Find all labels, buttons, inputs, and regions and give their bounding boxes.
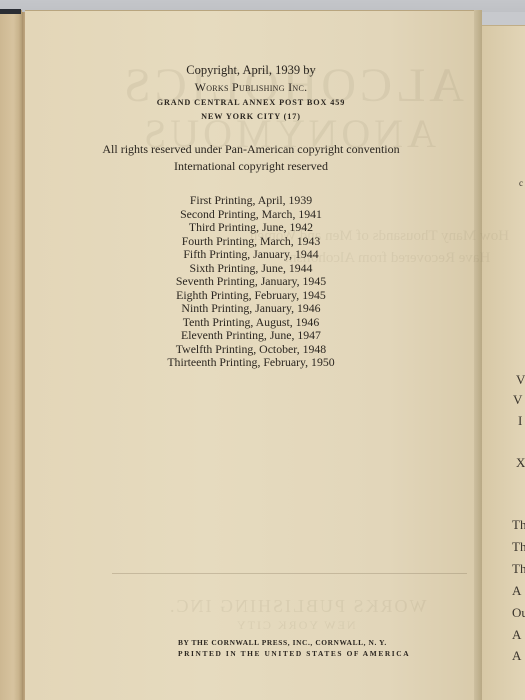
- rights-block: All rights reserved under Pan-American c…: [25, 143, 477, 172]
- show-through-city: NEW YORK CITY: [235, 618, 356, 633]
- facing-page-fragment: A: [512, 648, 521, 664]
- publisher-address: GRAND CENTRAL ANNEX POST BOX 459: [25, 99, 477, 107]
- printer-line-1: BY THE CORNWALL PRESS, INC., CORNWALL, N…: [178, 639, 410, 646]
- show-through-rule: [112, 573, 467, 574]
- facing-page-fragment: V: [513, 392, 522, 408]
- rights-line-1: All rights reserved under Pan-American c…: [25, 143, 477, 155]
- facing-page-fragment: c: [519, 178, 523, 188]
- printer-block: BY THE CORNWALL PRESS, INC., CORNWALL, N…: [178, 639, 410, 658]
- facing-page-fragment: V: [516, 372, 525, 388]
- facing-page-fragment: A: [512, 583, 521, 599]
- facing-page-fragment: A: [512, 627, 521, 643]
- back-cover-edge: [0, 10, 22, 700]
- printing-entry: Thirteenth Printing, February, 1950: [25, 357, 477, 371]
- publisher-name: Works Publishing Inc.: [25, 81, 477, 93]
- facing-page-fragment: Ou: [512, 605, 525, 621]
- facing-page-fragment: I: [518, 413, 522, 429]
- publisher-city: NEW YORK CITY (17): [25, 113, 477, 121]
- cover-binding-edge: [0, 9, 21, 14]
- facing-page-fragment: Th: [512, 561, 525, 577]
- copyright-line: Copyright, April, 1939 by: [25, 64, 477, 77]
- copyright-block: Copyright, April, 1939 by Works Publishi…: [25, 64, 477, 121]
- rights-line-2: International copyright reserved: [25, 160, 477, 172]
- facing-page-fragment: Th: [512, 517, 525, 533]
- facing-page-fragment: Th: [512, 539, 525, 555]
- show-through-publisher: WORKS PUBLISHING INC.: [168, 596, 427, 617]
- printer-line-2: PRINTED IN THE UNITED STATES OF AMERICA: [178, 650, 410, 657]
- printing-history: First Printing, April, 1939 Second Print…: [25, 195, 477, 371]
- facing-page-fragment: X: [516, 455, 525, 471]
